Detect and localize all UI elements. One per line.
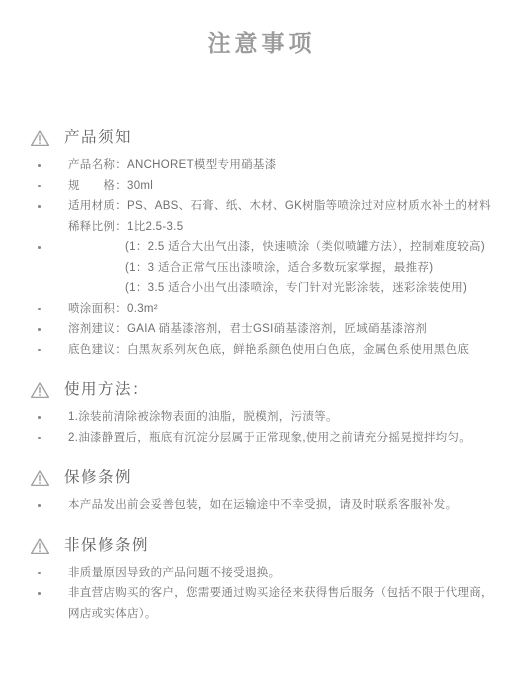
bullet-dot — [38, 572, 41, 575]
section-items: 本产品发出前会妥善包装，如在运输途中不幸受损，请及时联系客服补发。 — [30, 495, 493, 516]
list-item: 底色建议：白黑灰系列灰色底，鲜艳系颜色使用白色底，金属色系使用黑色底 — [30, 340, 493, 361]
list-item: 非质量原因导致的产品问题不接受退换。 — [30, 563, 493, 584]
list-item-text: 本产品发出前会妥善包装，如在运输途中不幸受损，请及时联系客服补发。 — [68, 499, 457, 511]
list-item-text: 底色建议：白黑灰系列灰色底，鲜艳系颜色使用白色底，金属色系使用黑色底 — [68, 344, 469, 356]
bullet-dot — [38, 164, 41, 167]
list-item: 适用材质：PS、ABS、石膏、纸、木材、GK树脂等喷涂过对应材质水补土的材料 — [30, 196, 493, 217]
bullet-dot — [38, 246, 41, 249]
list-item-text: 2.油漆静置后，瓶底有沉淀分层属于正常现象,使用之前请充分摇晃搅拌均匀。 — [68, 432, 471, 444]
section-items: 产品名称：ANCHORET模型专用硝基漆 规 格：30ml 适用材质：PS、AB… — [30, 155, 493, 360]
bullet-dot — [38, 185, 41, 188]
list-item: (1：2.5 适合大出气出漆，快速喷涂（类似喷罐方法），控制难度较高) — [30, 237, 493, 258]
list-item: 规 格：30ml — [30, 176, 493, 197]
bullet-dot — [38, 308, 41, 311]
section-header: 保修条例 — [30, 468, 493, 488]
section-header: 使用方法： — [30, 380, 493, 400]
list-item-text: 适用材质：PS、ABS、石膏、纸、木材、GK树脂等喷涂过对应材质水补土的材料 — [68, 200, 491, 212]
section-header: 非保修条例 — [30, 536, 493, 556]
bullet-dot — [38, 349, 41, 352]
bullet-dot — [38, 504, 41, 507]
bullet-dot — [38, 437, 41, 440]
section-3: 非保修条例 非质量原因导致的产品问题不接受退换。 非直营店购买的客户，您需要通过… — [30, 536, 493, 625]
section-title: 非保修条例 — [64, 536, 149, 556]
warning-triangle-icon — [30, 381, 50, 399]
warning-triangle-icon — [30, 469, 50, 487]
list-item-text: 规 格：30ml — [68, 180, 153, 192]
list-item: 稀释比例：1比2.5-3.5 — [30, 217, 493, 238]
section-2: 保修条例 本产品发出前会妥善包装，如在运输途中不幸受损，请及时联系客服补发。 — [30, 468, 493, 516]
list-item: 产品名称：ANCHORET模型专用硝基漆 — [30, 155, 493, 176]
page-title: 注意事项 — [30, 28, 493, 58]
list-item: (1：3.5 适合小出气出漆喷涂，专门针对光影涂装，迷彩涂装使用) — [30, 278, 493, 299]
list-item: 2.油漆静置后，瓶底有沉淀分层属于正常现象,使用之前请充分摇晃搅拌均匀。 — [30, 428, 493, 449]
list-item-text: 1.涂装前清除被涂物表面的油脂，脱模剂，污渍等。 — [68, 411, 338, 423]
list-item: 本产品发出前会妥善包装，如在运输途中不幸受损，请及时联系客服补发。 — [30, 495, 493, 516]
list-item-text: 非质量原因导致的产品问题不接受退换。 — [68, 567, 280, 579]
section-header: 产品须知 — [30, 128, 493, 148]
list-item-text: (1：3 适合正常气压出漆喷涂，适合多数玩家掌握，最推荐) — [125, 262, 433, 274]
bullet-dot — [38, 205, 41, 208]
sections-container: 产品须知 产品名称：ANCHORET模型专用硝基漆 规 格：30ml 适用材质：… — [30, 128, 493, 624]
notice-page: 注意事项 产品须知 产品名称：ANCHORET模型专用硝基漆 规 格：30ml … — [0, 0, 515, 690]
list-item-text: (1：2.5 适合大出气出漆，快速喷涂（类似喷罐方法），控制难度较高) — [125, 241, 485, 253]
warning-triangle-icon — [30, 129, 50, 147]
section-items: 非质量原因导致的产品问题不接受退换。 非直营店购买的客户，您需要通过购买途径来获… — [30, 563, 493, 625]
list-item: 非直营店购买的客户，您需要通过购买途径来获得售后服务（包括不限于代理商，网店或实… — [30, 583, 493, 624]
list-item-text: 产品名称：ANCHORET模型专用硝基漆 — [68, 159, 277, 171]
list-item-text: 喷涂面积：0.3m² — [68, 303, 158, 315]
list-item-text: 溶剂建议：GAIA 硝基漆溶剂，君士GSI硝基漆溶剂，匠域硝基漆溶剂 — [68, 323, 427, 335]
section-0: 产品须知 产品名称：ANCHORET模型专用硝基漆 规 格：30ml 适用材质：… — [30, 128, 493, 360]
section-items: 1.涂装前清除被涂物表面的油脂，脱模剂，污渍等。 2.油漆静置后，瓶底有沉淀分层… — [30, 407, 493, 448]
section-title: 保修条例 — [64, 468, 132, 488]
warning-triangle-icon — [30, 537, 50, 555]
list-item: 1.涂装前清除被涂物表面的油脂，脱模剂，污渍等。 — [30, 407, 493, 428]
list-item: 溶剂建议：GAIA 硝基漆溶剂，君士GSI硝基漆溶剂，匠域硝基漆溶剂 — [30, 319, 493, 340]
list-item-text: 稀释比例：1比2.5-3.5 — [68, 221, 183, 233]
list-item-text: (1：3.5 适合小出气出漆喷涂，专门针对光影涂装，迷彩涂装使用) — [125, 282, 467, 294]
list-item: 喷涂面积：0.3m² — [30, 299, 493, 320]
bullet-dot — [38, 328, 41, 331]
bullet-dot — [38, 592, 41, 595]
section-title: 使用方法： — [64, 380, 149, 400]
list-item: (1：3 适合正常气压出漆喷涂，适合多数玩家掌握，最推荐) — [30, 258, 493, 279]
bullet-dot — [38, 416, 41, 419]
section-1: 使用方法： 1.涂装前清除被涂物表面的油脂，脱模剂，污渍等。 2.油漆静置后，瓶… — [30, 380, 493, 448]
list-item-text: 非直营店购买的客户，您需要通过购买途径来获得售后服务（包括不限于代理商，网店或实… — [68, 587, 493, 620]
section-title: 产品须知 — [64, 128, 132, 148]
